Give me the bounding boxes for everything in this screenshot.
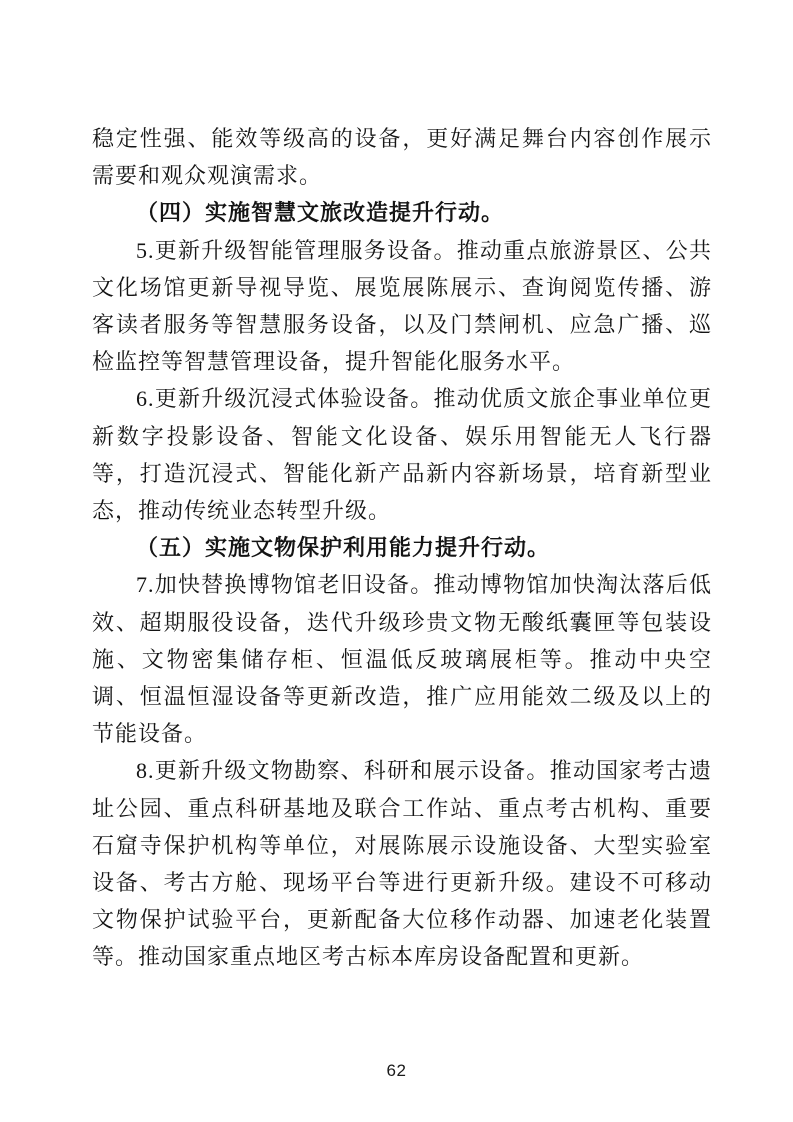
paragraph-item-7: 7.加快替换博物馆老旧设备。推动博物馆加快淘汰落后低效、超期服役设备，迭代升级珍… xyxy=(92,566,712,752)
document-page: 稳定性强、能效等级高的设备，更好满足舞台内容创作展示需要和观众观演需求。 （四）… xyxy=(0,0,793,1122)
paragraph-continuation: 稳定性强、能效等级高的设备，更好满足舞台内容创作展示需要和观众观演需求。 xyxy=(92,120,712,194)
paragraph-item-6: 6.更新升级沉浸式体验设备。推动优质文旅企事业单位更新数字投影设备、智能文化设备… xyxy=(92,380,712,529)
section-heading-5: （五）实施文物保护利用能力提升行动。 xyxy=(92,529,712,566)
section-heading-4: （四）实施智慧文旅改造提升行动。 xyxy=(92,194,712,231)
document-body: 稳定性强、能效等级高的设备，更好满足舞台内容创作展示需要和观众观演需求。 （四）… xyxy=(92,120,712,976)
paragraph-item-8: 8.更新升级文物勘察、科研和展示设备。推动国家考古遗址公园、重点科研基地及联合工… xyxy=(92,752,712,975)
page-number: 62 xyxy=(0,1061,793,1081)
paragraph-item-5: 5.更新升级智能管理服务设备。推动重点旅游景区、公共文化场馆更新导视导览、展览展… xyxy=(92,232,712,381)
